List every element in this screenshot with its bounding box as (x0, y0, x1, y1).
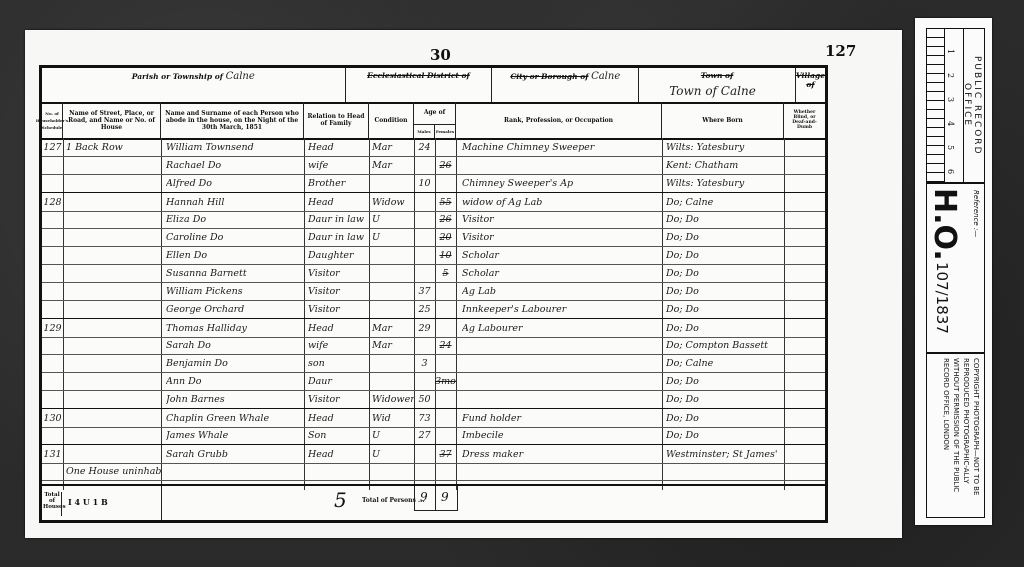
cell-condition: Mar (372, 156, 414, 174)
cell-female (435, 354, 456, 372)
cell-female: 37 (435, 445, 456, 463)
header-age-label: Age of (414, 102, 455, 125)
cell-female: 5 (435, 264, 456, 282)
table-row: Rachael DowifeMar26Kent: Chatham (42, 156, 825, 175)
header-name: Name and Surname of each Person who abod… (161, 102, 304, 138)
header-schedule: No. of Householder's Schedule (42, 102, 63, 138)
cell-street (66, 336, 161, 354)
page-number-center: 30 (430, 46, 451, 64)
ruler-number: 3 (946, 97, 955, 102)
cell-condition (372, 264, 414, 282)
cell-relation: Head (308, 319, 368, 337)
copyright-notice: COPYRIGHT PHOTOGRAPH—NOT TO BE REPRODUCE… (926, 353, 985, 518)
cell-street (66, 210, 161, 228)
cell-occupation: widow of Ag Lab (462, 193, 662, 211)
table-row: Benjamin Doson3Do; Calne (42, 354, 825, 373)
cell-male (414, 156, 435, 174)
cell-street (66, 228, 161, 246)
cell-schedule (42, 390, 63, 408)
cell-male (414, 193, 435, 211)
cell-male (414, 336, 435, 354)
cell-born: Do; Compton Bassett (666, 336, 784, 354)
cell-male: 27 (414, 426, 435, 444)
cell-condition (372, 300, 414, 318)
cell-female: 26 (435, 156, 456, 174)
cell-street (66, 390, 161, 408)
cell-born: Do; Calne (666, 354, 784, 372)
cell-name: William Townsend (166, 138, 304, 156)
table-row: George OrchardVisitor25Innkeeper's Labou… (42, 300, 825, 319)
cell-female (435, 462, 456, 480)
cell-male (414, 210, 435, 228)
cell-condition: U (372, 426, 414, 444)
cell-name: William Pickens (166, 282, 304, 300)
cell-occupation: Scholar (462, 264, 662, 282)
table-row: 128Hannah HillHeadWidow55widow of Ag Lab… (42, 192, 825, 212)
city-label: City or Borough of (510, 72, 588, 81)
cell-name: Rachael Do (166, 156, 304, 174)
cell-occupation (462, 462, 662, 480)
cell-occupation (462, 336, 662, 354)
cell-schedule: 129 (42, 319, 63, 337)
cell-born: Do; Do (666, 246, 784, 264)
cell-name: Caroline Do (166, 228, 304, 246)
office-label: PUBLIC RECORD OFFICE (966, 33, 982, 178)
cell-relation: son (308, 354, 368, 372)
cell-street (66, 445, 161, 463)
table-row: 130Chaplin Green WhaleHeadWid73Fund hold… (42, 408, 825, 428)
cell-schedule (42, 300, 63, 318)
city-value: Calne (591, 71, 620, 82)
ecclesiastical-cell: Ecclesiastical District of (346, 68, 493, 102)
cell-relation: Head (308, 138, 368, 156)
ruler-number: 2 (946, 73, 955, 78)
cell-relation: Visitor (308, 282, 368, 300)
cell-male (414, 228, 435, 246)
cell-name: John Barnes (166, 390, 304, 408)
table-row: 131Sarah GrubbHeadU37Dress makerWestmins… (42, 444, 825, 464)
cell-male (414, 372, 435, 390)
header-age: Age of Males Females (414, 102, 456, 138)
cell-name: Sarah Grubb (166, 445, 304, 463)
cell-schedule (42, 156, 63, 174)
town-label: Town of (701, 71, 733, 80)
cell-occupation: Innkeeper's Labourer (462, 300, 662, 318)
cell-born: Wilts: Yatesbury (666, 174, 784, 192)
town-value: Town of Calne (669, 84, 756, 98)
table-row: Sarah DowifeMar24Do; Compton Bassett (42, 336, 825, 355)
town-cell: Town of Town of Calne (639, 68, 796, 102)
cell-street (66, 354, 161, 372)
ruler-number: 5 (946, 145, 955, 150)
header-street: Name of Street, Place, or Road, and Name… (63, 102, 161, 138)
cell-condition (372, 246, 414, 264)
cell-occupation: Imbecile (462, 426, 662, 444)
cell-occupation: Machine Chimney Sweeper (462, 138, 662, 156)
cell-occupation (462, 390, 662, 408)
cell-name: Thomas Halliday (166, 319, 304, 337)
cell-schedule (42, 174, 63, 192)
cell-condition: Mar (372, 319, 414, 337)
cell-street: 1 Back Row (66, 138, 161, 156)
cell-occupation: Fund holder (462, 409, 662, 427)
cell-born: Do; Do (666, 300, 784, 318)
cell-occupation: Dress maker (462, 445, 662, 463)
table-row: 1271 Back RowWilliam TownsendHeadMar24Ma… (42, 138, 825, 157)
cell-male (414, 264, 435, 282)
cell-male: 37 (414, 282, 435, 300)
cell-female: 24 (435, 336, 456, 354)
cell-born: Do; Do (666, 282, 784, 300)
cell-born: Westminster; St James' (666, 445, 784, 463)
table-row: Eliza DoDaur in lawU26VisitorDo; Do (42, 210, 825, 229)
cell-name: Eliza Do (166, 210, 304, 228)
cell-relation: Daur in law (308, 228, 368, 246)
table-row: Susanna BarnettVisitor5ScholarDo; Do (42, 264, 825, 283)
cell-born: Do; Do (666, 319, 784, 337)
cell-condition (372, 462, 414, 480)
cell-female (435, 138, 456, 156)
cell-born: Do; Do (666, 409, 784, 427)
piece-number: 107/1837 (933, 262, 951, 334)
cell-male: 50 (414, 390, 435, 408)
cell-name: James Whale (166, 426, 304, 444)
reference-label: Reference :— (972, 190, 980, 237)
ruler-number: 6 (946, 169, 955, 174)
column-headers: No. of Householder's Schedule Name of St… (42, 102, 825, 140)
cell-schedule: 131 (42, 445, 63, 463)
cell-street (66, 156, 161, 174)
cell-schedule (42, 426, 63, 444)
cell-female (435, 426, 456, 444)
cell-schedule (42, 264, 63, 282)
cell-occupation (462, 372, 662, 390)
cell-schedule (42, 210, 63, 228)
cell-street (66, 264, 161, 282)
cell-male (414, 246, 435, 264)
cell-condition: U (372, 228, 414, 246)
males-total: 9 (420, 490, 428, 504)
cell-male (414, 462, 435, 480)
cell-relation: Head (308, 445, 368, 463)
cell-street (66, 372, 161, 390)
cell-condition: U (372, 445, 414, 463)
cell-street (66, 409, 161, 427)
cell-relation: Visitor (308, 264, 368, 282)
header-relation: Relation to Head of Family (304, 102, 369, 138)
cell-schedule (42, 372, 63, 390)
cell-name (166, 462, 304, 480)
table-row: 129Thomas HallidayHeadMar29Ag LabourerDo… (42, 318, 825, 338)
parish-label: Parish or Township of (132, 72, 223, 81)
cell-schedule (42, 282, 63, 300)
total-houses-label: Total of Houses (43, 492, 62, 516)
table-row: William PickensVisitor37Ag LabDo; Do (42, 282, 825, 301)
header-blind: Whether Blind, or Deaf-and-Dumb (784, 102, 825, 138)
cell-name: Alfred Do (166, 174, 304, 192)
cell-name: Hannah Hill (166, 193, 304, 211)
cell-relation (308, 462, 368, 480)
cell-female: 3mo (435, 372, 456, 390)
cell-male: 25 (414, 300, 435, 318)
cell-male: 10 (414, 174, 435, 192)
cell-born: Do; Do (666, 390, 784, 408)
cell-street (66, 174, 161, 192)
cell-female (435, 174, 456, 192)
cell-relation: Visitor (308, 390, 368, 408)
cell-schedule: 127 (42, 138, 63, 156)
table-row: Ellen DoDaughter10ScholarDo; Do (42, 246, 825, 265)
cell-born: Do; Do (666, 264, 784, 282)
cell-occupation: Ag Labourer (462, 319, 662, 337)
cell-born: Do; Do (666, 426, 784, 444)
cell-born: Wilts: Yatesbury (666, 138, 784, 156)
entries-body: 1271 Back RowWilliam TownsendHeadMar24Ma… (42, 138, 825, 490)
header-females: Females (435, 125, 455, 138)
cell-schedule: 130 (42, 409, 63, 427)
cell-condition (372, 354, 414, 372)
table-row: James WhaleSonU27ImbecileDo; Do (42, 426, 825, 445)
cell-condition: Mar (372, 336, 414, 354)
cell-street (66, 319, 161, 337)
cell-relation: Daughter (308, 246, 368, 264)
cell-occupation (462, 354, 662, 372)
cell-condition: Widow (372, 193, 414, 211)
totals-footer: Total of Houses I 4 U 1 B 5 Total of Per… (42, 484, 825, 520)
cell-female (435, 409, 456, 427)
cell-female (435, 319, 456, 337)
header-born: Where Born (662, 102, 784, 138)
city-cell: City or Borough of Calne (492, 68, 639, 102)
cell-born: Do; Do (666, 228, 784, 246)
cell-condition: Widower (372, 390, 414, 408)
table-row: One House uninhabited (42, 462, 825, 481)
cell-relation: Daur in law (308, 210, 368, 228)
cell-female: 55 (435, 193, 456, 211)
cell-relation: Head (308, 409, 368, 427)
census-page: 30 127 Parish or Township of Calne Eccle… (25, 30, 902, 538)
cell-schedule (42, 228, 63, 246)
cell-born: Do; Do (666, 210, 784, 228)
cell-male: 73 (414, 409, 435, 427)
parish-value: Calne (226, 71, 255, 82)
ruler-number: 4 (946, 121, 955, 126)
cell-schedule (42, 246, 63, 264)
cell-relation: Daur (308, 372, 368, 390)
table-row: John BarnesVisitorWidower50Do; Do (42, 390, 825, 409)
cell-occupation (462, 156, 662, 174)
cell-male (414, 445, 435, 463)
cell-male: 3 (414, 354, 435, 372)
table-row: Ann DoDaur3moDo; Do (42, 372, 825, 391)
cell-street (66, 426, 161, 444)
cell-name: Ann Do (166, 372, 304, 390)
cell-street (66, 300, 161, 318)
cell-occupation: Visitor (462, 210, 662, 228)
cell-name: George Orchard (166, 300, 304, 318)
archive-reference-strip: 123456 PUBLIC RECORD OFFICE H.O. 107/183… (915, 18, 992, 525)
village-label: Village of (796, 71, 825, 89)
schedules-total: 5 (334, 488, 347, 512)
cell-born: Do; Do (666, 372, 784, 390)
cell-condition: Mar (372, 138, 414, 156)
cell-name: Ellen Do (166, 246, 304, 264)
cell-female (435, 390, 456, 408)
cell-schedule: 128 (42, 193, 63, 211)
cell-condition: Wid (372, 409, 414, 427)
cell-name: Susanna Barnett (166, 264, 304, 282)
cell-male: 29 (414, 319, 435, 337)
cell-condition (372, 282, 414, 300)
cell-born (666, 462, 784, 480)
cell-condition (372, 174, 414, 192)
cell-name: Sarah Do (166, 336, 304, 354)
table-row: Alfred DoBrother10Chimney Sweeper's ApWi… (42, 174, 825, 193)
header-occupation: Rank, Profession, or Occupation (456, 102, 662, 138)
cell-name: Benjamin Do (166, 354, 304, 372)
houses-count: I 4 U 1 B (68, 497, 108, 507)
header-males: Males (414, 125, 435, 138)
table-row: Caroline DoDaur in lawU20VisitorDo; Do (42, 228, 825, 247)
cell-schedule (42, 462, 63, 480)
cell-street (66, 282, 161, 300)
cell-male: 24 (414, 138, 435, 156)
cell-street (66, 193, 161, 211)
cell-street: One House uninhabited (66, 462, 161, 480)
cell-condition: U (372, 210, 414, 228)
cell-occupation: Chimney Sweeper's Ap (462, 174, 662, 192)
females-total: 9 (441, 490, 449, 504)
census-form: Parish or Township of Calne Ecclesiastic… (39, 65, 828, 523)
cell-female: 20 (435, 228, 456, 246)
cell-name: Chaplin Green Whale (166, 409, 304, 427)
cell-relation: Brother (308, 174, 368, 192)
cell-schedule (42, 336, 63, 354)
cell-street (66, 246, 161, 264)
cell-relation: Head (308, 193, 368, 211)
cell-occupation: Scholar (462, 246, 662, 264)
cell-female: 26 (435, 210, 456, 228)
ruler-number: 1 (946, 49, 955, 54)
cell-relation: Visitor (308, 300, 368, 318)
reference-box: H.O. 107/1837 Reference :— (926, 183, 985, 353)
ecclesiastical-label: Ecclesiastical District of (367, 71, 470, 80)
cell-female (435, 282, 456, 300)
cell-schedule (42, 354, 63, 372)
cell-occupation: Ag Lab (462, 282, 662, 300)
series-code: H.O. (929, 188, 959, 261)
parish-cell: Parish or Township of Calne (42, 68, 346, 102)
village-cell: Village of (796, 68, 825, 102)
cell-female: 10 (435, 246, 456, 264)
cell-female (435, 300, 456, 318)
cell-condition (372, 372, 414, 390)
location-bar: Parish or Township of Calne Ecclesiastic… (42, 68, 825, 104)
cell-relation: wife (308, 156, 368, 174)
cell-relation: wife (308, 336, 368, 354)
page-number-right: 127 (825, 42, 856, 60)
cell-born: Kent: Chatham (666, 156, 784, 174)
scale-ruler: 123456 PUBLIC RECORD OFFICE (926, 28, 985, 183)
cell-born: Do; Calne (666, 193, 784, 211)
cell-occupation: Visitor (462, 228, 662, 246)
header-condition: Condition (369, 102, 414, 138)
cell-relation: Son (308, 426, 368, 444)
